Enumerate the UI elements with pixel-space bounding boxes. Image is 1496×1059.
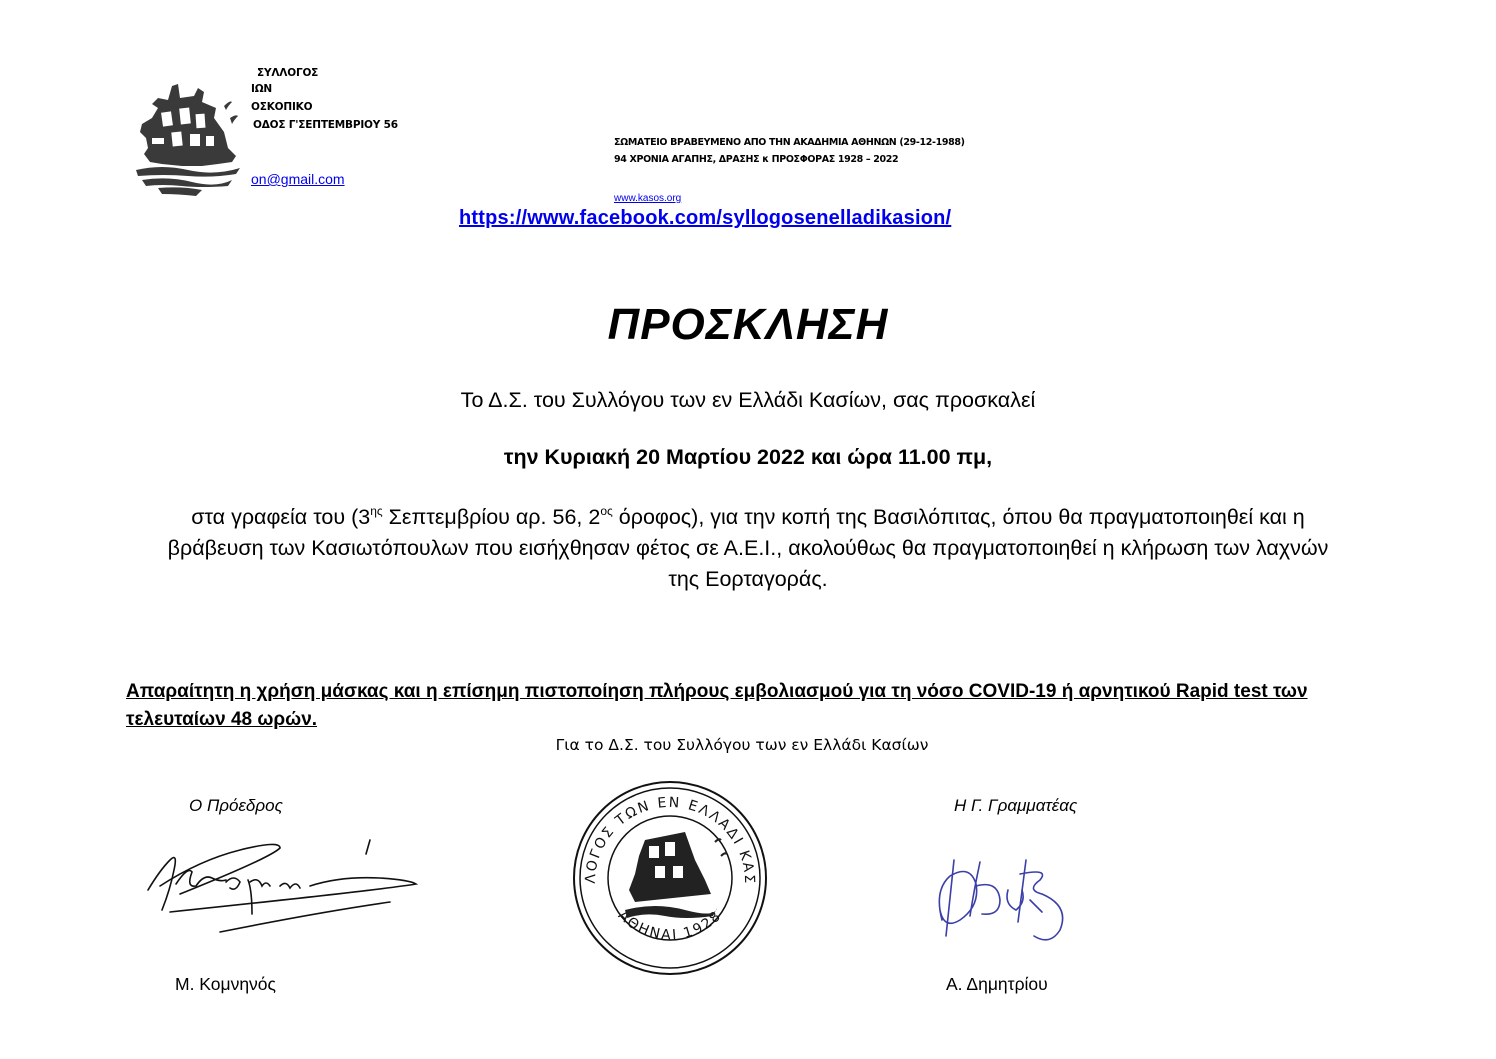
- letterhead-line-2: ΙΩΝ: [251, 83, 272, 95]
- on-behalf-text: Για το Δ.Σ. του Συλλόγου των εν Ελλάδι Κ…: [556, 736, 929, 754]
- secretary-name: Α. Δημητρίου: [946, 974, 1048, 995]
- document-title: ΠΡΟΣΚΛΗΣΗ: [0, 300, 1496, 350]
- anniversary-line: 94 ΧΡΟΝΙΑ ΑΓΑΠΗΣ, ΔΡΑΣΗΣ κ ΠΡΟΣΦΟΡΑΣ 192…: [614, 154, 898, 165]
- on-behalf-line: Για το Δ.Σ. του Συλλόγου των εν Ελλάδι Κ…: [0, 736, 1496, 754]
- letterhead-line-1: ΣΥΛΛΟΓΟΣ: [257, 67, 318, 79]
- details-part-1: στα γραφεία του (3: [191, 505, 370, 529]
- covid-notice: Απαραίτητη η χρήση μάσκας και η επίσημη …: [126, 678, 1386, 734]
- event-details: στα γραφεία του (3ης Σεπτεμβρίου αρ. 56,…: [160, 502, 1336, 595]
- intro-text: Το Δ.Σ. του Συλλόγου των εν Ελλάδι Κασίω…: [0, 388, 1496, 413]
- ship-logo-icon: [132, 78, 244, 196]
- letterhead-line-3: ΟΣΚΟΠΙΚΟ: [251, 101, 312, 113]
- secretary-role: Η Γ. Γραμματέας: [954, 796, 1077, 816]
- ordinal-suffix-1: ης: [370, 504, 382, 518]
- website-link[interactable]: www.kasos.org: [614, 193, 681, 204]
- president-role: Ο Πρόεδρος: [189, 796, 283, 816]
- secretary-signature-icon: [930, 850, 1080, 950]
- event-date: την Κυριακή 20 Μαρτίου 2022 και ώρα 11.0…: [0, 445, 1496, 470]
- facebook-link[interactable]: https://www.facebook.com/syllogosenellad…: [459, 207, 951, 230]
- details-part-2: Σεπτεμβρίου αρ. 56, 2: [383, 505, 601, 529]
- president-signature-icon: [140, 830, 430, 940]
- association-seal-icon: ΣΥΛΛΟΓΟΣ ΤΩΝ ΕΝ ΕΛΛΑΔΙ ΚΑΣΙΩΝ ΑΘΗΝΑΙ 192…: [565, 770, 775, 980]
- letterhead-address: ΟΔΟΣ Γ'ΣΕΠΤΕΜΒΡΙΟΥ 56: [253, 119, 398, 131]
- ordinal-suffix-2: ος: [600, 504, 612, 518]
- email-link[interactable]: on@gmail.com: [251, 171, 345, 187]
- president-name: Μ. Κομνηνός: [175, 974, 276, 995]
- award-line: ΣΩΜΑΤΕΙΟ ΒΡΑΒΕΥΜΕΝΟ ΑΠΟ ΤΗΝ ΑΚΑΔΗΜΙΑ ΑΘΗ…: [614, 137, 965, 148]
